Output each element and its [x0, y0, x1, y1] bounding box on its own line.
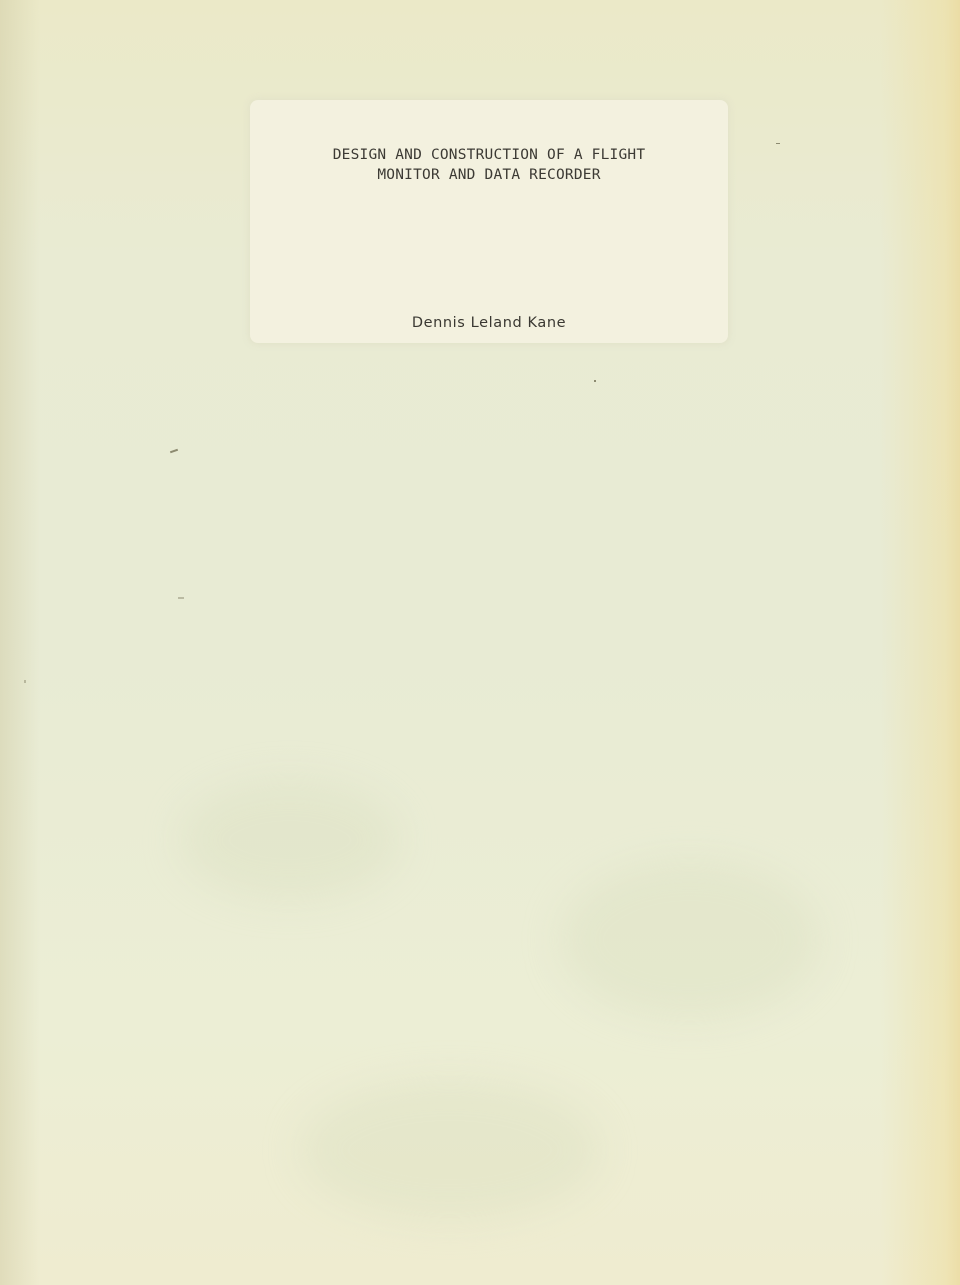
paper-stain [560, 860, 820, 1020]
scan-speck [776, 143, 780, 144]
author-name: Dennis Leland Kane [250, 315, 728, 331]
cover-label: DESIGN AND CONSTRUCTION OF A FLIGHT MONI… [250, 100, 728, 343]
scan-speck [24, 680, 26, 683]
title-line-1: DESIGN AND CONSTRUCTION OF A FLIGHT [250, 145, 728, 165]
pencil-mark [170, 449, 178, 454]
scan-speck [178, 597, 184, 599]
paper-stain [180, 780, 400, 900]
document-title: DESIGN AND CONSTRUCTION OF A FLIGHT MONI… [250, 145, 728, 185]
title-line-2: MONITOR AND DATA RECORDER [250, 165, 728, 185]
scan-speck [594, 380, 596, 382]
paper-stain [300, 1080, 600, 1220]
